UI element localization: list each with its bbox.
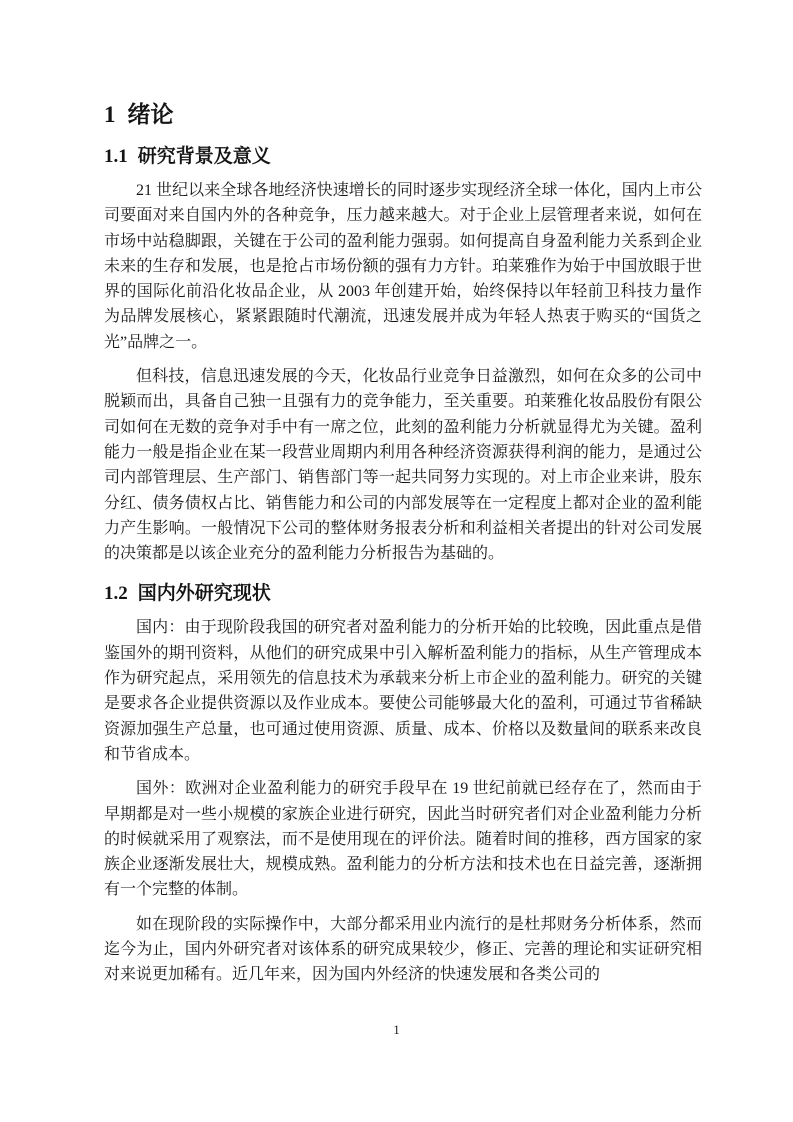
section-number-1-1: 1.1 [104,146,128,167]
document-page: 1绪论 1.1研究背景及意义 21 世纪以来全球各地经济快速增长的同时逐步实现经… [0,0,793,1122]
paragraph-background-1: 21 世纪以来全球各地经济快速增长的同时逐步实现经济全球一体化，国内上市公司要面… [104,178,702,355]
chapter-heading: 1绪论 [104,100,702,129]
section-heading-1-2: 1.2国内外研究现状 [104,582,702,605]
chapter-number: 1 [104,102,116,127]
paragraph-foreign-research: 国外：欧洲对企业盈利能力的研究手段早在 19 世纪前就已经存在了，然而由于早期都… [104,776,702,902]
section-title-1-2: 国内外研究现状 [138,583,271,604]
paragraph-domestic-research: 国内：由于现阶段我国的研究者对盈利能力的分析开始的比较晚，因此重点是借鉴国外的期… [104,615,702,767]
section-title-1-1: 研究背景及意义 [138,146,271,167]
paragraph-background-2: 但科技，信息迅速发展的今天，化妆品行业竞争日益激烈，如何在众多的公司中脱颖而出，… [104,364,702,566]
section-number-1-2: 1.2 [104,583,128,604]
chapter-title: 绪论 [128,101,174,127]
paragraph-dupont-analysis: 如在现阶段的实际操作中，大部分都采用业内流行的是杜邦财务分析体系，然而迄今为止，… [104,912,702,988]
page-number: 1 [0,1022,793,1038]
section-heading-1-1: 1.1研究背景及意义 [104,145,702,168]
